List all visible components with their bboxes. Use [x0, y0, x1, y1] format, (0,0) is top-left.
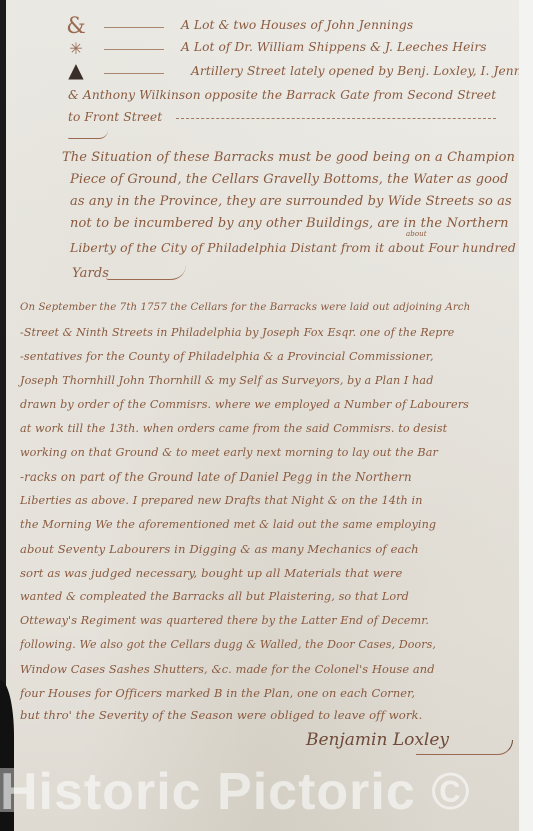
- legend-text: A Lot of Dr. William Shippens & J. Leech…: [181, 40, 487, 54]
- paragraph2-line: sort as was judged necessary, bought up …: [20, 566, 403, 580]
- paragraph2-line: four Houses for Officers marked B in the…: [20, 686, 415, 700]
- paragraph1-line: Liberty of the City of Philadelphia Dist…: [70, 240, 516, 255]
- manuscript-page: & A Lot & two Houses of John Jennings ✳ …: [6, 0, 520, 831]
- ampersand-icon: &: [66, 14, 86, 39]
- paragraph2-line: Window Cases Sashes Shutters, &c. made f…: [20, 662, 435, 676]
- paragraph2-line: wanted & compleated the Barracks all but…: [20, 590, 409, 603]
- arrow-up-icon: ▲: [66, 58, 86, 82]
- paragraph2-line: On September the 7th 1757 the Cellars fo…: [20, 302, 470, 313]
- paragraph2-line: the Morning We the aforementioned met & …: [20, 518, 436, 531]
- paragraph2-line: -Street & Ninth Streets in Philadelphia …: [20, 326, 454, 339]
- paragraph1-line: Yards: [72, 266, 109, 281]
- legend-dash: [104, 73, 164, 74]
- legend-continuation-line: to Front Street: [68, 110, 162, 124]
- paragraph2-line: Otteway's Regiment was quartered there b…: [20, 614, 429, 627]
- paragraph1-line: as any in the Province, they are surroun…: [70, 194, 512, 209]
- paragraph1-line: The Situation of these Barracks must be …: [62, 150, 515, 165]
- paragraph2-line: -sentatives for the County of Philadelph…: [20, 350, 434, 363]
- paragraph2-line: following. We also got the Cellars dugg …: [20, 638, 436, 651]
- paragraph2-line: -racks on part of the Ground late of Dan…: [20, 470, 412, 484]
- legend-dash: [104, 49, 164, 50]
- paragraph1-line: Piece of Ground, the Cellars Gravelly Bo…: [70, 172, 508, 187]
- flourish: [106, 265, 186, 280]
- insertion-mark: about: [406, 230, 427, 238]
- watermark: Historic Pictoric ©: [0, 762, 533, 822]
- legend-text: Artillery Street lately opened by Benj. …: [191, 64, 533, 78]
- paragraph2-line: but thro' the Severity of the Season wer…: [20, 708, 422, 722]
- legend-continuation-line: & Anthony Wilkinson opposite the Barrack…: [68, 88, 496, 102]
- paragraph2-line: about Seventy Labourers in Digging & as …: [20, 542, 419, 556]
- legend-dash: [104, 27, 164, 28]
- scan-margin: [519, 0, 533, 831]
- flourish: [68, 130, 108, 139]
- dashed-rule: [176, 118, 496, 119]
- paragraph2-line: working on that Ground & to meet early n…: [20, 446, 438, 459]
- legend-text: A Lot & two Houses of John Jennings: [181, 18, 413, 32]
- paragraph2-line: Liberties as above. I prepared new Draft…: [20, 494, 423, 507]
- paragraph2-line: at work till the 13th. when orders came …: [20, 422, 447, 435]
- paragraph2-line: drawn by order of the Commisrs. where we…: [20, 398, 469, 411]
- paragraph1-line: not to be incumbered by any other Buildi…: [70, 216, 509, 231]
- signature-flourish: [416, 740, 513, 755]
- asterisk-icon: ✳: [66, 39, 86, 58]
- paragraph2-line: Joseph Thornhill John Thornhill & my Sel…: [20, 374, 433, 387]
